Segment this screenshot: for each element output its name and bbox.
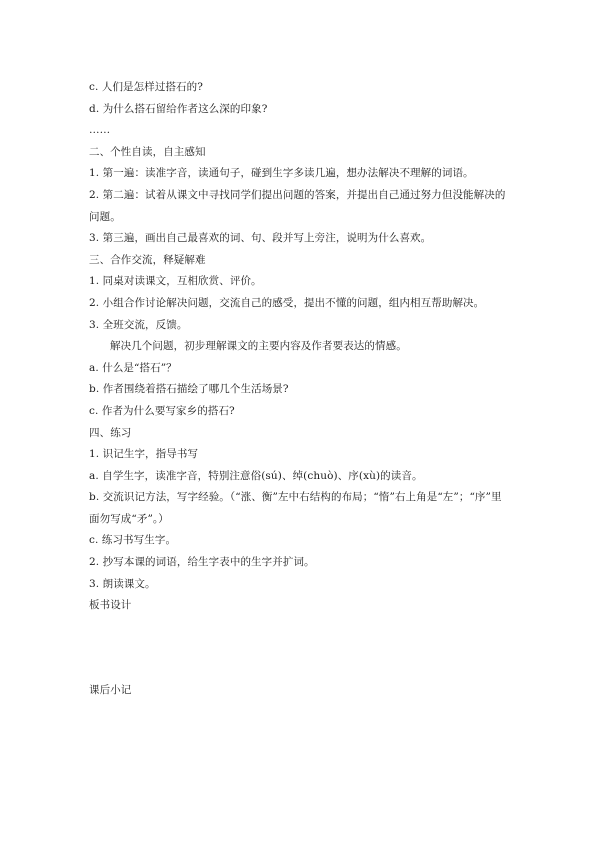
section-3-question-a: a. 什么是“搭石”？ [89, 358, 509, 380]
section-3-item-1: 1. 同桌对读课文，互相欣赏、评价。 [89, 271, 509, 293]
section-4-item-1-a: a. 自学生字，读准字音，特别注意俗(sú)、绰(chuò)、序(xù)的读音。 [89, 466, 509, 488]
question-c: c. 人们是怎样过搭石的? [89, 77, 509, 99]
section-2-item-1: 1. 第一遍：读准字音，读通句子，碰到生字多读几遍，想办法解决不理解的词语。 [89, 163, 509, 185]
section-4-item-1: 1. 识记生字，指导书写 [89, 444, 509, 466]
section-4-item-3: 3. 朗读课文。 [89, 574, 509, 596]
section-3-note: 解决几个问题，初步理解课文的主要内容及作者要表达的情感。 [89, 336, 509, 358]
board-design-space [89, 617, 509, 680]
section-2-item-3: 3. 第三遍，画出自己最喜欢的词、句、段并写上旁注，说明为什么喜欢。 [89, 228, 509, 250]
section-3-question-c: c. 作者为什么要写家乡的搭石? [89, 401, 509, 423]
section-2-title: 二、个性自读，自主感知 [89, 142, 509, 164]
ellipsis: …… [89, 120, 509, 142]
section-4-item-2: 2. 抄写本课的词语，给生字表中的生字并扩词。 [89, 552, 509, 574]
section-4-title: 四、练习 [89, 423, 509, 445]
board-design-title: 板书设计 [89, 595, 509, 617]
section-4-item-1-c: c. 练习书写生字。 [89, 530, 509, 552]
after-class-notes-title: 课后小记 [89, 680, 509, 702]
section-4-item-1-b: b. 交流识记方法，写字经验。（“涨、衡”左中右结构的布局；“惰”右上角是“左”… [89, 487, 509, 530]
section-3-question-b: b. 作者围绕着搭石描绘了哪几个生活场景? [89, 379, 509, 401]
document-page: c. 人们是怎样过搭石的? d. 为什么搭石留给作者这么深的印象? …… 二、个… [89, 77, 509, 701]
section-3-item-2: 2. 小组合作讨论解决问题，交流自己的感受，提出不懂的问题，组内相互帮助解决。 [89, 293, 509, 315]
section-2-item-2: 2. 第二遍：试着从课文中寻找同学们提出问题的答案，并提出自己通过努力但没能解决… [89, 185, 509, 228]
section-3-item-3: 3. 全班交流，反馈。 [89, 315, 509, 337]
section-3-title: 三、合作交流，释疑解难 [89, 250, 509, 272]
question-d: d. 为什么搭石留给作者这么深的印象? [89, 99, 509, 121]
